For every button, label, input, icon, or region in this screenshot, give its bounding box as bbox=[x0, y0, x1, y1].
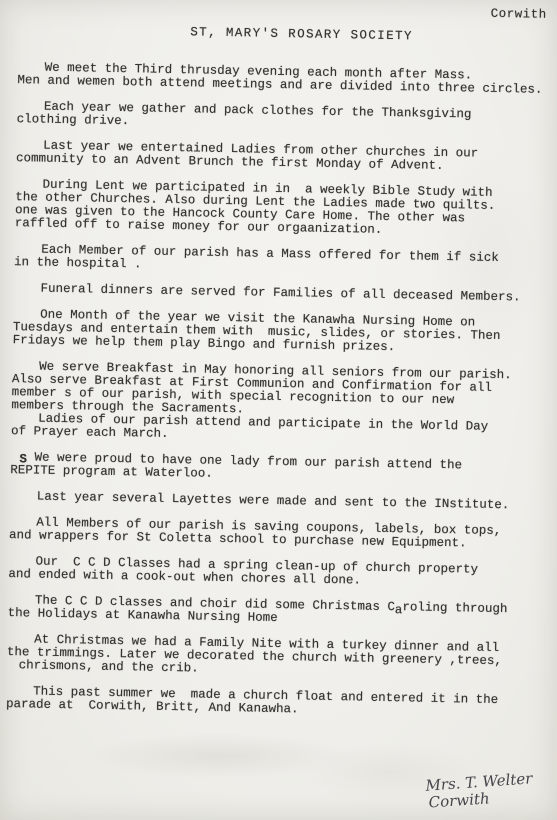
typed-correction-letter: S bbox=[19, 453, 27, 466]
scanned-document-page: Corwith ST, MARY'S ROSARY SOCIETY We mee… bbox=[0, 0, 557, 820]
paragraph-funeral-dinners: Funeral dinners are served for Families … bbox=[13, 282, 549, 305]
typewritten-content: Corwith ST, MARY'S ROSARY SOCIETY We mee… bbox=[6, 0, 555, 721]
paragraph-respite-program: S We were proud to have one lady from ou… bbox=[10, 451, 546, 487]
paper-stain bbox=[85, 733, 355, 779]
text-line: Last year several Layettes were made and… bbox=[10, 490, 546, 513]
document-body: We meet the Third thrusday evening each … bbox=[6, 61, 554, 721]
paragraph-mass-offered: Each Member of our parish has a Mass off… bbox=[14, 243, 550, 279]
dropped-letter: a bbox=[395, 604, 403, 617]
paragraph-breakfasts: We serve Breakfast in May honoring all s… bbox=[11, 360, 548, 448]
paragraph-caroling: The C C D classes and choir did some Chr… bbox=[8, 594, 544, 630]
text-span: roling through bbox=[402, 600, 507, 616]
paragraph-church-float: This past summer we made a church float … bbox=[6, 685, 542, 721]
paragraph-layettes: Last year several Layettes were made and… bbox=[10, 490, 546, 513]
paragraph-meetings: We meet the Third thrusday evening each … bbox=[17, 61, 553, 97]
paragraph-advent-brunch: Last year we entertained Ladies from oth… bbox=[16, 139, 552, 175]
paragraph-clothing-drive: Each year we gather and pack clothes for… bbox=[17, 100, 553, 136]
paragraph-coupons: All Members of our parish is saving coup… bbox=[9, 516, 545, 552]
document-title: ST, MARY'S ROSARY SOCIETY bbox=[190, 26, 554, 46]
paragraph-ccd-cleanup: Our C C D Classes had a spring clean-up … bbox=[8, 555, 544, 591]
corner-location: Corwith bbox=[19, 0, 555, 22]
paragraph-nursing-home-visits: One Month of the year we visit the Kanaw… bbox=[13, 308, 550, 357]
handwritten-signature: Mrs. T. Welter Corwith bbox=[425, 770, 534, 811]
paragraph-lent: During Lent we participated in in a week… bbox=[15, 178, 552, 240]
paragraph-family-nite: At Christmas we had a Family Nite with a… bbox=[7, 633, 544, 682]
text-line: Funeral dinners are served for Families … bbox=[13, 282, 549, 305]
